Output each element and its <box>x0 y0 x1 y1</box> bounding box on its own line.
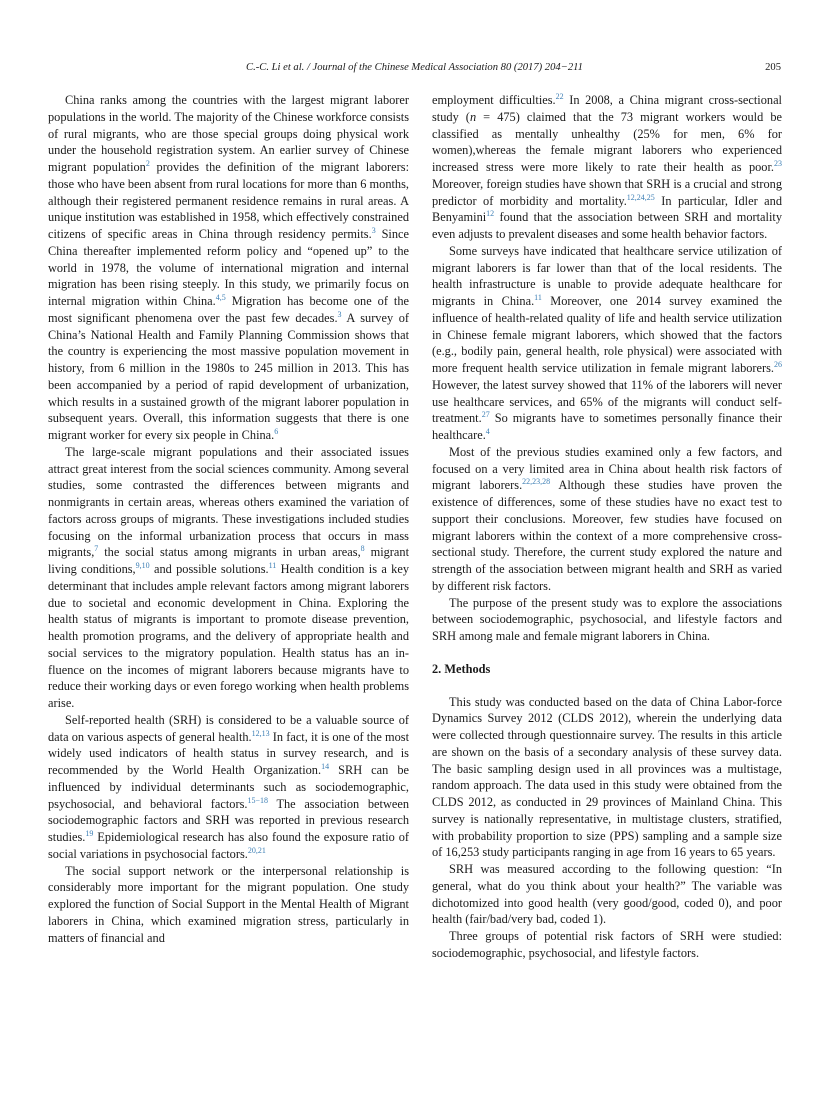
citation-link[interactable]: 11 <box>534 293 542 302</box>
citation-link[interactable]: 20,21 <box>248 846 266 855</box>
citation-link[interactable]: 22,23,28 <box>522 477 550 486</box>
running-head: C.-C. Li et al. / Journal of the Chinese… <box>48 62 781 78</box>
citation-link[interactable]: 14 <box>321 762 329 771</box>
journal-citation: C.-C. Li et al. / Journal of the Chinese… <box>48 62 781 73</box>
paragraph: The social support network or the interp… <box>48 863 409 947</box>
citation-link[interactable]: 6 <box>274 427 278 436</box>
paragraph: The purpose of the present study was to … <box>432 595 782 645</box>
citation-link[interactable]: 4,5 <box>216 293 226 302</box>
italic-variable: n <box>470 110 476 124</box>
page-number: 205 <box>765 62 781 73</box>
citation-link[interactable]: 22 <box>556 92 564 101</box>
citation-link[interactable]: 19 <box>85 829 93 838</box>
citation-link[interactable]: 3 <box>338 310 342 319</box>
citation-link[interactable]: 23 <box>774 159 782 168</box>
paragraph: Self-reported health (SRH) is considered… <box>48 712 409 863</box>
citation-link[interactable]: 27 <box>482 410 490 419</box>
paragraph: SRH was measured according to the follow… <box>432 861 782 928</box>
left-column: China ranks among the countries with the… <box>48 92 409 946</box>
citation-link[interactable]: 11 <box>269 561 277 570</box>
paragraph: The large-scale migrant populations and … <box>48 444 409 712</box>
paragraph: This study was conducted based on the da… <box>432 694 782 862</box>
citation-link[interactable]: 12,24,25 <box>627 193 655 202</box>
citation-link[interactable]: 2 <box>146 159 150 168</box>
citation-link[interactable]: 3 <box>372 226 376 235</box>
paragraph: Most of the previous studies examined on… <box>432 444 782 595</box>
section-heading-methods: 2. Methods <box>432 661 782 678</box>
citation-link[interactable]: 26 <box>774 360 782 369</box>
citation-link[interactable]: 9,10 <box>136 561 150 570</box>
citation-link[interactable]: 4 <box>486 427 490 436</box>
paragraph: Three groups of potential risk factors o… <box>432 928 782 962</box>
right-column: employment difficulties.22 In 2008, a Ch… <box>432 92 782 962</box>
citation-link[interactable]: 15−18 <box>247 796 268 805</box>
citation-link[interactable]: 8 <box>361 544 365 553</box>
paragraph-continued: employment difficulties.22 In 2008, a Ch… <box>432 92 782 243</box>
paragraph: Some surveys have indicated that healthc… <box>432 243 782 444</box>
citation-link[interactable]: 7 <box>94 544 98 553</box>
citation-link[interactable]: 12,13 <box>252 729 270 738</box>
citation-link[interactable]: 12 <box>486 209 494 218</box>
paragraph: China ranks among the countries with the… <box>48 92 409 444</box>
